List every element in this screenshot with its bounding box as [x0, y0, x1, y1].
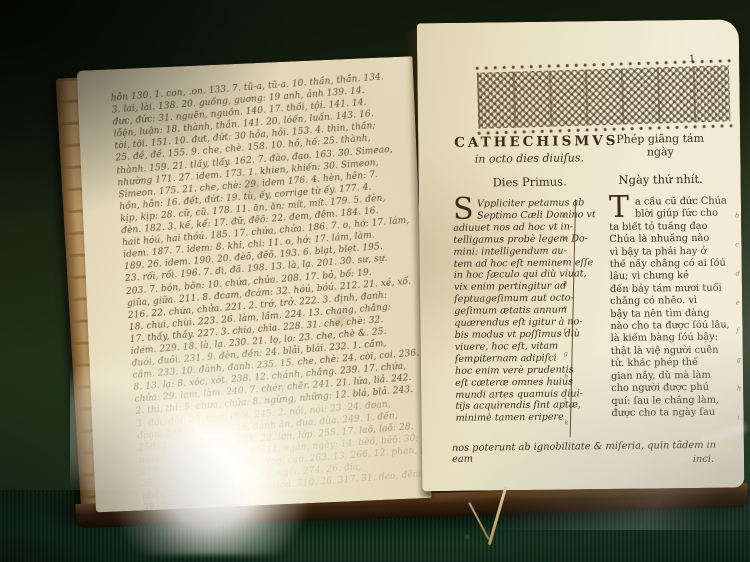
footnote-mark: d	[736, 269, 740, 277]
woodcut-headpiece-ornament	[477, 65, 731, 128]
page-heading: CATHECHISMVS in octo dies diuiſus. Dies …	[454, 132, 717, 190]
right-page: 1 CATHECHISMVS in octo dies diuiſus. Die…	[417, 19, 745, 491]
viet-title-2: ngày	[604, 145, 716, 159]
viet-line: được cho ta ngày ſau	[611, 406, 729, 420]
latin-line: in hoc ſæculo qui diù viuat,	[454, 269, 596, 283]
latin-line: tijs acquirendis ſint aptæ,	[455, 400, 597, 414]
viet-line: thật là việ người cuên	[611, 344, 729, 358]
footnote-mark: b	[735, 212, 739, 220]
footnote-mark: f	[736, 327, 740, 335]
latin-subtitle: in octo dies diuiſus.	[454, 151, 604, 166]
latin-line: minimè tamen eripere	[455, 411, 597, 425]
latin-column: S Vppliciter petamus abSeptimo Cæli Domi…	[453, 197, 598, 425]
viet-lines: a cầu cũ đức Chúablời giúp ſức chota biế…	[609, 196, 730, 421]
footnote-mark: i	[737, 413, 741, 421]
latin-dropcap: S	[453, 197, 474, 223]
latin-title: CATHECHISMVS	[454, 133, 604, 151]
viet-dropcap: T	[609, 195, 629, 221]
photo-of-open-book: hỗn 130. 1. con, .on. 133. 7. tũ-a, tũ-a…	[0, 0, 750, 562]
latin-lines: Vppliciter petamus abSeptimo Cæli Domino…	[453, 197, 598, 425]
catchword: inci.	[693, 454, 714, 465]
viet-title: Phép giãng tám	[604, 132, 716, 146]
footnote-mark: e	[736, 298, 740, 306]
text-columns: S Vppliciter petamus abSeptimo Cæli Domi…	[453, 196, 728, 426]
footnote-mark: c	[735, 241, 739, 249]
viet-footnote-marks: bcdefghi	[735, 201, 742, 431]
open-book: hỗn 130. 1. con, .on. 133. 7. tũ-a, tũ-a…	[22, 0, 750, 551]
latin-line: bis modus vt poſſimus diù	[454, 328, 596, 342]
footnote-mark: g	[737, 356, 741, 364]
viet-day-label: Ngày thứ nhít.	[605, 172, 717, 187]
left-page: hỗn 130. 1. con, .on. 133. 7. tũ-a, tũ-a…	[77, 56, 432, 512]
footer-line: nos poterunt ab ignobilitate & miſeria, …	[452, 440, 732, 465]
footnote-mark: h	[737, 384, 741, 392]
latin-line: Septimo Cæli Domino vt	[453, 209, 595, 223]
latin-day-label: Dies Primus.	[455, 174, 605, 190]
viet-column: T a cầu cũ đức Chúablời giúp ſức chota b…	[609, 196, 730, 424]
viet-line: thế nầy chẳng có ai ſóú	[610, 258, 728, 272]
viet-line: đến bảy tám mươi tuổi	[610, 282, 728, 296]
latin-line: telligamus probè legem Do-	[453, 233, 595, 247]
errata-text-block: hỗn 130. 1. con, .on. 133. 7. tũ-a, tũ-a…	[110, 69, 442, 515]
